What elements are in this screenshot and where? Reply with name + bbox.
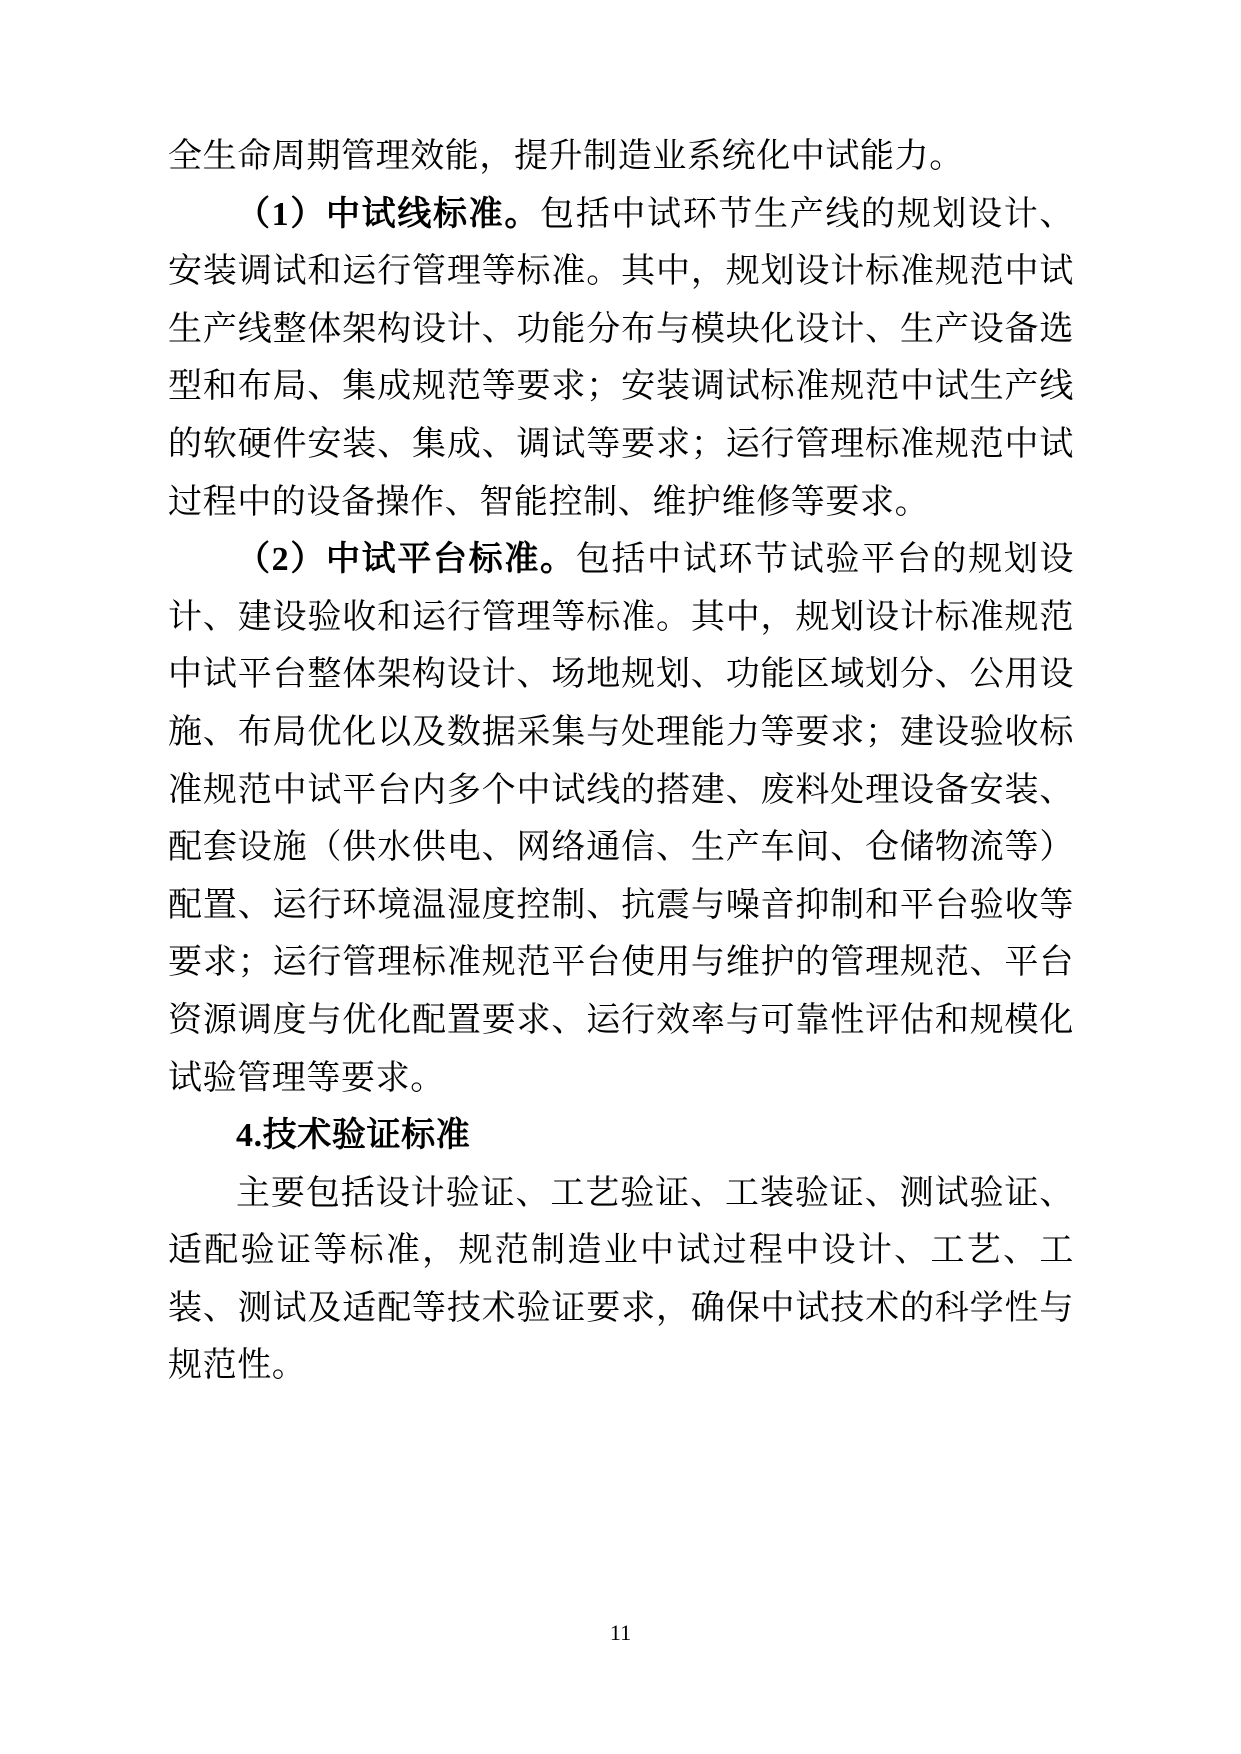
section-heading: 4.技术验证标准 xyxy=(168,1107,1074,1165)
text-segment: 主要包括设计验证、工艺验证、工装验证、测试验证、适配验证等标准，规范制造业中试过… xyxy=(168,1175,1074,1385)
bold-text-segment: 4.技术验证标准 xyxy=(236,1117,470,1154)
page-content: 全生命周期管理效能，提升制造业系统化中试能力。（1）中试线标准。包括中试环节生产… xyxy=(168,128,1074,1395)
text-segment: 全生命周期管理效能，提升制造业系统化中试能力。 xyxy=(168,138,964,175)
paragraph: 主要包括设计验证、工艺验证、工装验证、测试验证、适配验证等标准，规范制造业中试过… xyxy=(168,1165,1074,1395)
bold-text-segment: （1）中试线标准。 xyxy=(236,196,540,233)
page-number: 11 xyxy=(0,1618,1241,1648)
text-segment: 包括中试环节试验平台的规划设计、建设验收和运行管理等标准。其中，规划设计标准规范… xyxy=(168,541,1074,1096)
paragraph: （1）中试线标准。包括中试环节生产线的规划设计、安装调试和运行管理等标准。其中，… xyxy=(168,186,1074,532)
paragraph: 全生命周期管理效能，提升制造业系统化中试能力。 xyxy=(168,128,1074,186)
text-segment: 包括中试环节生产线的规划设计、安装调试和运行管理等标准。其中，规划设计标准规范中… xyxy=(168,196,1074,521)
paragraph: （2）中试平台标准。包括中试环节试验平台的规划设计、建设验收和运行管理等标准。其… xyxy=(168,531,1074,1107)
bold-text-segment: （2）中试平台标准。 xyxy=(236,541,576,578)
document-page: 全生命周期管理效能，提升制造业系统化中试能力。（1）中试线标准。包括中试环节生产… xyxy=(0,0,1241,1754)
